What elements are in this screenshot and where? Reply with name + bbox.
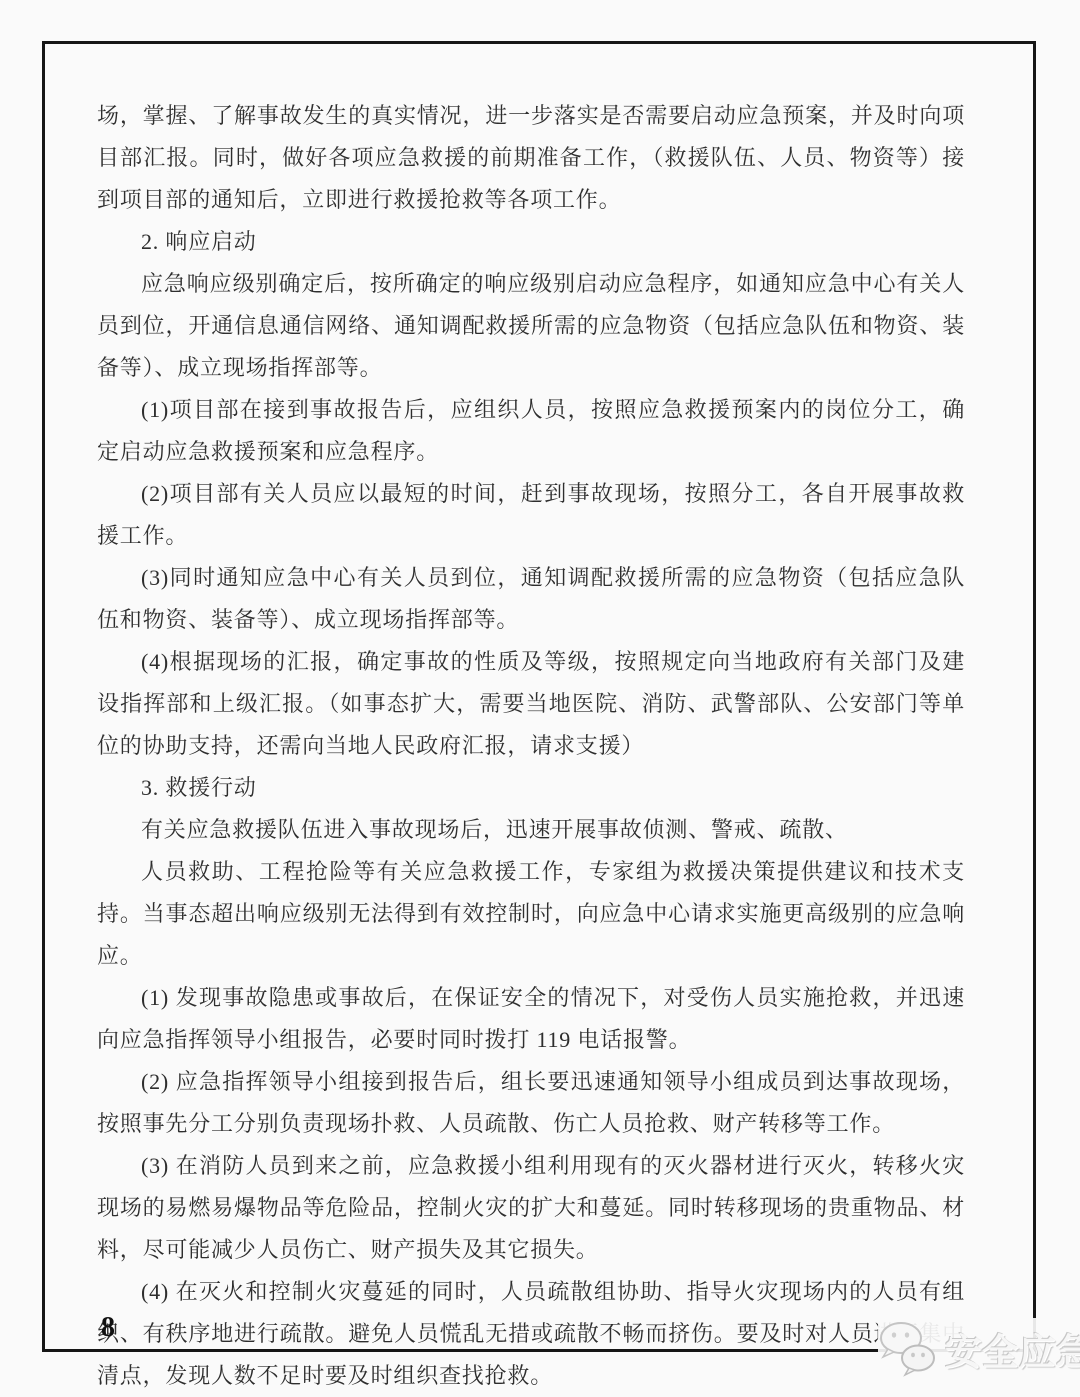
paragraph-response-item-4: (4)根据现场的汇报，确定事故的性质及等级，按照规定向当地政府有关部门及建设指挥… [97, 641, 965, 767]
section-heading-3-rescue-action: 3. 救援行动 [97, 767, 965, 809]
page-number: 8 [101, 1312, 115, 1344]
wechat-chat-bubbles-icon [878, 1321, 940, 1377]
paragraph-continuation: 场，掌握、了解事故发生的真实情况，进一步落实是否需要启动应急预案，并及时向项目部… [97, 95, 965, 221]
paragraph-rescue-work: 人员救助、工程抢险等有关应急救援工作，专家组为救援决策提供建议和技术支持。当事态… [97, 851, 965, 977]
paragraph-response-level: 应急响应级别确定后，按所确定的响应级别启动应急程序，如通知应急中心有关人员到位，… [97, 263, 965, 389]
document-page: 场，掌握、了解事故发生的真实情况，进一步落实是否需要启动应急预案，并及时向项目部… [0, 0, 1080, 1397]
paragraph-rescue-teams: 有关应急救援队伍进入事故现场后，迅速开展事故侦测、警戒、疏散、 [97, 809, 965, 851]
paragraph-rescue-item-2: (2) 应急指挥领导小组接到报告后，组长要迅速通知领导小组成员到达事故现场，按照… [97, 1061, 965, 1145]
paragraph-rescue-item-4: (4) 在灭火和控制火灾蔓延的同时，人员疏散组协助、指导火灾现场内的人员有组织、… [97, 1271, 965, 1397]
paragraph-response-item-2: (2)项目部有关人员应以最短的时间，赶到事故现场，按照分工，各自开展事故救援工作… [97, 473, 965, 557]
paragraph-response-item-3: (3)同时通知应急中心有关人员到位，通知调配救援所需的应急物资（包括应急队伍和物… [97, 557, 965, 641]
document-body-text: 场，掌握、了解事故发生的真实情况，进一步落实是否需要启动应急预案，并及时向项目部… [97, 95, 965, 1397]
paragraph-rescue-item-1: (1) 发现事故隐患或事故后，在保证安全的情况下，对受伤人员实施抢救，并迅速向应… [97, 977, 965, 1061]
paragraph-rescue-item-3: (3) 在消防人员到来之前，应急救援小组利用现有的灭火器材进行灭火，转移火灾现场… [97, 1145, 965, 1271]
paragraph-response-item-1: (1)项目部在接到事故报告后，应组织人员，按照应急救援预案内的岗位分工，确定启动… [97, 389, 965, 473]
watermark: 安全应急 [878, 1318, 1080, 1380]
section-heading-2-response-activation: 2. 响应启动 [97, 221, 965, 263]
watermark-label: 安全应急 [945, 1324, 1080, 1375]
